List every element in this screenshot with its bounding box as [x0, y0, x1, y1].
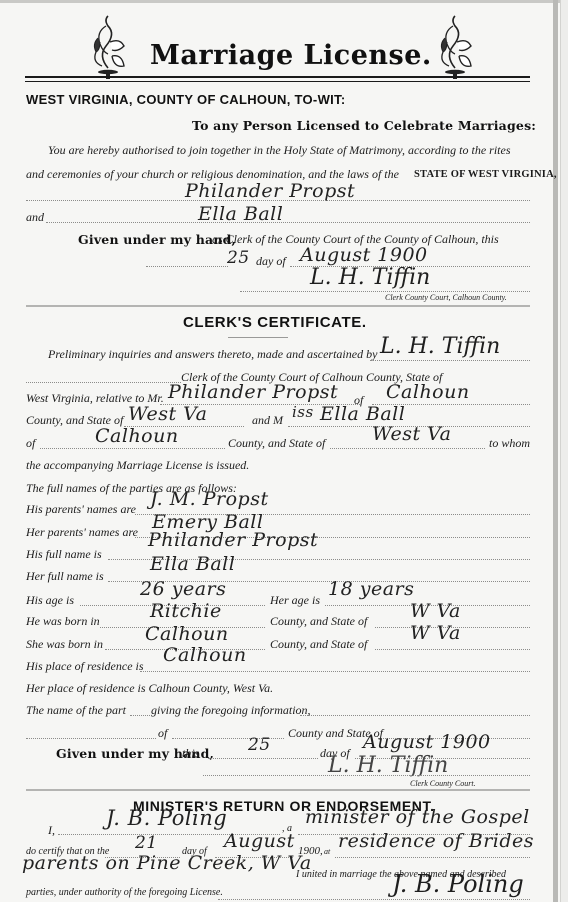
- jurisdiction-heading: WEST VIRGINIA, COUNTY OF CALHOUN, TO-WIT…: [26, 92, 345, 107]
- her-full-name-handwritten: Ella Ball: [150, 553, 235, 575]
- he-born-state-handwritten: W Va: [410, 600, 461, 622]
- section-separator-1: [26, 305, 530, 307]
- informant-part-line: [130, 715, 150, 716]
- authorization-text-1: You are hereby authorised to join togeth…: [48, 143, 511, 158]
- bride-prefix-handwritten: iss: [292, 403, 314, 421]
- minister-name-handwritten: J. B. Poling: [106, 806, 227, 830]
- license-day-handwritten: 25: [227, 248, 250, 268]
- section-separator-2: [26, 789, 530, 791]
- clerk-signature-line-1: [240, 291, 530, 292]
- accompanying-label: the accompanying Marriage License is iss…: [26, 458, 249, 473]
- clerks-certificate-heading: CLERK'S CERTIFICATE.: [183, 314, 367, 331]
- and-label: and: [26, 210, 44, 225]
- cert-day-handwritten: 25: [248, 735, 271, 755]
- his-parents-label: His parents' names are: [26, 502, 136, 517]
- minister-signature-line: [218, 899, 530, 900]
- scan-edge-right-margin: [561, 0, 568, 902]
- license-day-of-label: day of: [256, 254, 286, 269]
- minister-title-handwritten: minister of the Gospel: [305, 806, 530, 828]
- scan-edge-right-band: [553, 0, 558, 902]
- groom-name-line: [26, 200, 530, 201]
- her-full-name-label: Her full name is: [26, 569, 104, 584]
- marriage-license-page: Marriage License. WEST VIRGINIA, COUNTY …: [0, 0, 568, 902]
- his-residence-label: His place of residence is: [26, 659, 144, 674]
- informant-label-2: giving the foregoing information,: [151, 703, 311, 718]
- license-month-year-handwritten: August 1900: [300, 244, 428, 266]
- cert-day-line: [208, 758, 318, 759]
- cert-bride-county-handwritten: Calhoun: [95, 425, 179, 447]
- marriage-month-handwritten: August: [224, 830, 295, 852]
- ascertained-by-line: [370, 360, 530, 361]
- at-label: at: [324, 847, 330, 856]
- she-state-label: County, and State of: [270, 637, 367, 652]
- she-born-label: She was born in: [26, 637, 103, 652]
- his-residence-line: [140, 671, 530, 672]
- location-1-handwritten: residence of Brides: [338, 830, 534, 852]
- authorization-state: STATE OF WEST VIRGINIA,: [414, 169, 557, 180]
- cert-clerk-signature-line: [203, 775, 530, 776]
- scan-edge-top: [0, 0, 568, 3]
- cert-groom-handwritten: Philander Propst: [168, 381, 338, 403]
- i-label: I,: [48, 823, 55, 838]
- cert-bride-county-line: [40, 448, 225, 449]
- informant-of-label: of: [158, 726, 167, 741]
- location-2-handwritten: parents on Pine Creek, W Va: [22, 852, 312, 874]
- her-age-label: Her age is: [270, 593, 320, 608]
- marriage-day-handwritten: 21: [135, 833, 158, 853]
- ascertained-by-signature: L. H. Tiffin: [380, 334, 500, 359]
- he-born-county-handwritten: Ritchie: [150, 600, 222, 622]
- right-flower-ornament-icon: [437, 12, 473, 82]
- preliminary-label: Preliminary inquiries and answers theret…: [48, 347, 377, 362]
- license-day-line: [146, 266, 228, 267]
- and-m-label: and M: [252, 413, 283, 428]
- groom-name-handwritten: Philander Propst: [185, 180, 355, 202]
- his-age-label: His age is: [26, 593, 74, 608]
- informant-leading-line: [26, 738, 156, 739]
- to-whom-label: to whom: [489, 436, 530, 451]
- parties-label: parties, under authority of the foregoin…: [26, 887, 223, 898]
- clerk-of-leading-line: [26, 382, 181, 383]
- cert-bride-state-line: [330, 448, 485, 449]
- cert-bride-handwritten: Ella Ball: [320, 403, 405, 425]
- cert-clerk-title: Clerk County Court.: [410, 779, 476, 788]
- heading-underline-1: [228, 337, 288, 338]
- cert-month-year-handwritten: August 1900: [363, 731, 491, 753]
- his-age-handwritten: 26 years: [140, 578, 226, 600]
- location-1-line: [335, 857, 530, 858]
- cert-bride-state-handwritten: West Va: [372, 423, 451, 445]
- she-born-county-handwritten: Calhoun: [145, 623, 229, 645]
- his-residence-handwritten: Calhoun: [163, 644, 247, 666]
- document-title: Marriage License.: [150, 40, 432, 71]
- of-label-2: of: [26, 436, 35, 451]
- he-born-label: He was born in: [26, 614, 100, 629]
- bride-name-line: [46, 222, 530, 223]
- cert-groom-county-handwritten: Calhoun: [386, 381, 470, 403]
- address-line: To any Person Licensed to Celebrate Marr…: [192, 118, 536, 133]
- his-parents-handwritten: J. M. Propst: [150, 488, 269, 510]
- county-state-label-2: County, and State of: [228, 436, 325, 451]
- informant-name-line: [300, 715, 530, 716]
- his-full-name-handwritten: Philander Propst: [148, 529, 318, 551]
- her-residence-label: Her place of residence is Calhoun County…: [26, 681, 273, 696]
- cert-this-label: this: [182, 746, 199, 761]
- his-full-name-label: His full name is: [26, 547, 102, 562]
- cert-groom-state-handwritten: West Va: [128, 403, 207, 425]
- her-age-handwritten: 18 years: [328, 578, 414, 600]
- clerk-title-1: Clerk County Court, Calhoun County.: [385, 293, 507, 302]
- clerk-signature-1: L. H. Tiffin: [310, 265, 430, 290]
- he-state-label: County, and State of: [270, 614, 367, 629]
- left-flower-ornament-icon: [90, 12, 126, 82]
- she-born-state-handwritten: W Va: [410, 622, 461, 644]
- she-born-state-line: [375, 649, 530, 650]
- informant-label-1: The name of the part: [26, 703, 126, 718]
- her-parents-label: Her parents' names are: [26, 525, 138, 540]
- title-double-rule: [25, 76, 530, 82]
- minister-signature: J. B. Poling: [392, 870, 524, 898]
